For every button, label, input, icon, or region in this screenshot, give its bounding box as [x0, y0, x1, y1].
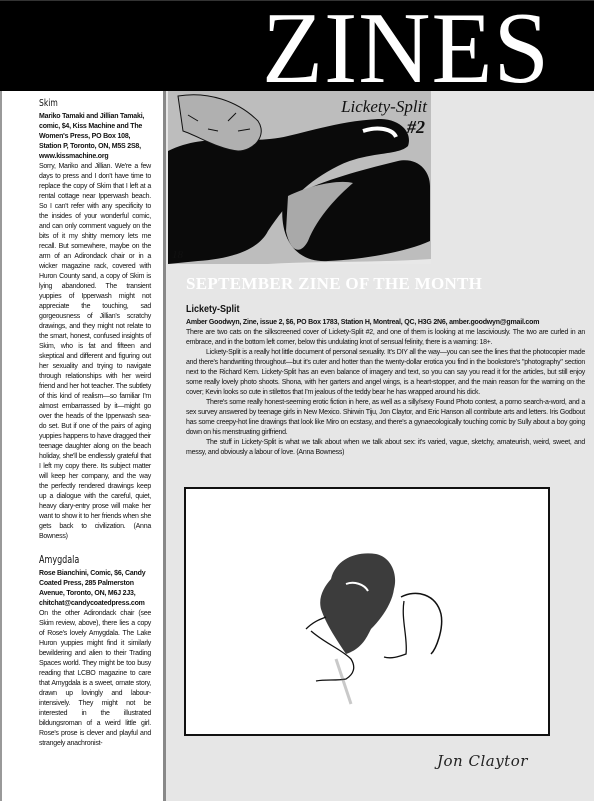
review-meta: Rose Bianchini, Comic, $6, Candy Coated … — [39, 569, 151, 609]
article-paragraph: Lickety-Split is a really hot little doc… — [186, 348, 585, 398]
zine-cover-image: Lickety-Split #2 18 — [168, 91, 431, 264]
article-paragraph: The stuff in Lickety-Split is what we ta… — [186, 438, 585, 458]
review-skim: Skim Mariko Tamaki and Jillian Tamaki, c… — [39, 97, 151, 542]
review-body: Sorry, Mariko and Jillian. We're a few d… — [39, 162, 151, 542]
cover-title: Lickety-Split — [341, 97, 427, 117]
article-paragraph: There's some really honest-seeming eroti… — [186, 398, 585, 438]
article-paragraph: There are two cats on the silkscreened c… — [186, 328, 585, 348]
left-review-column: Skim Mariko Tamaki and Jillian Tamaki, c… — [0, 91, 166, 801]
sketch-illustration — [184, 487, 550, 736]
review-meta: Mariko Tamaki and Jillian Tamaki, comic,… — [39, 112, 151, 162]
article-meta: Amber Goodwyn, Zine, issue 2, $6, PO Box… — [186, 318, 585, 328]
artist-signature: Jon Claytor — [437, 752, 528, 770]
feature-heading: SEPTEMBER ZINE OF THE MONTH — [186, 274, 482, 294]
cover-issue-number: #2 — [407, 117, 425, 138]
ink-sketch — [186, 489, 548, 734]
article-body: There are two cats on the silkscreened c… — [186, 328, 585, 458]
masthead: ZINES — [0, 0, 594, 91]
article-title: Lickety-Split — [186, 303, 545, 316]
review-title: Amygdala — [39, 554, 134, 567]
review-body: On the other Adirondack chair (see Skim … — [39, 609, 151, 749]
feature-article: Lickety-Split Amber Goodwyn, Zine, issue… — [186, 303, 585, 458]
review-title: Skim — [39, 97, 134, 110]
section-title: ZINES — [262, 5, 550, 93]
review-amygdala: Amygdala Rose Bianchini, Comic, $6, Cand… — [39, 554, 151, 749]
cover-page-number: 18 — [172, 249, 183, 261]
